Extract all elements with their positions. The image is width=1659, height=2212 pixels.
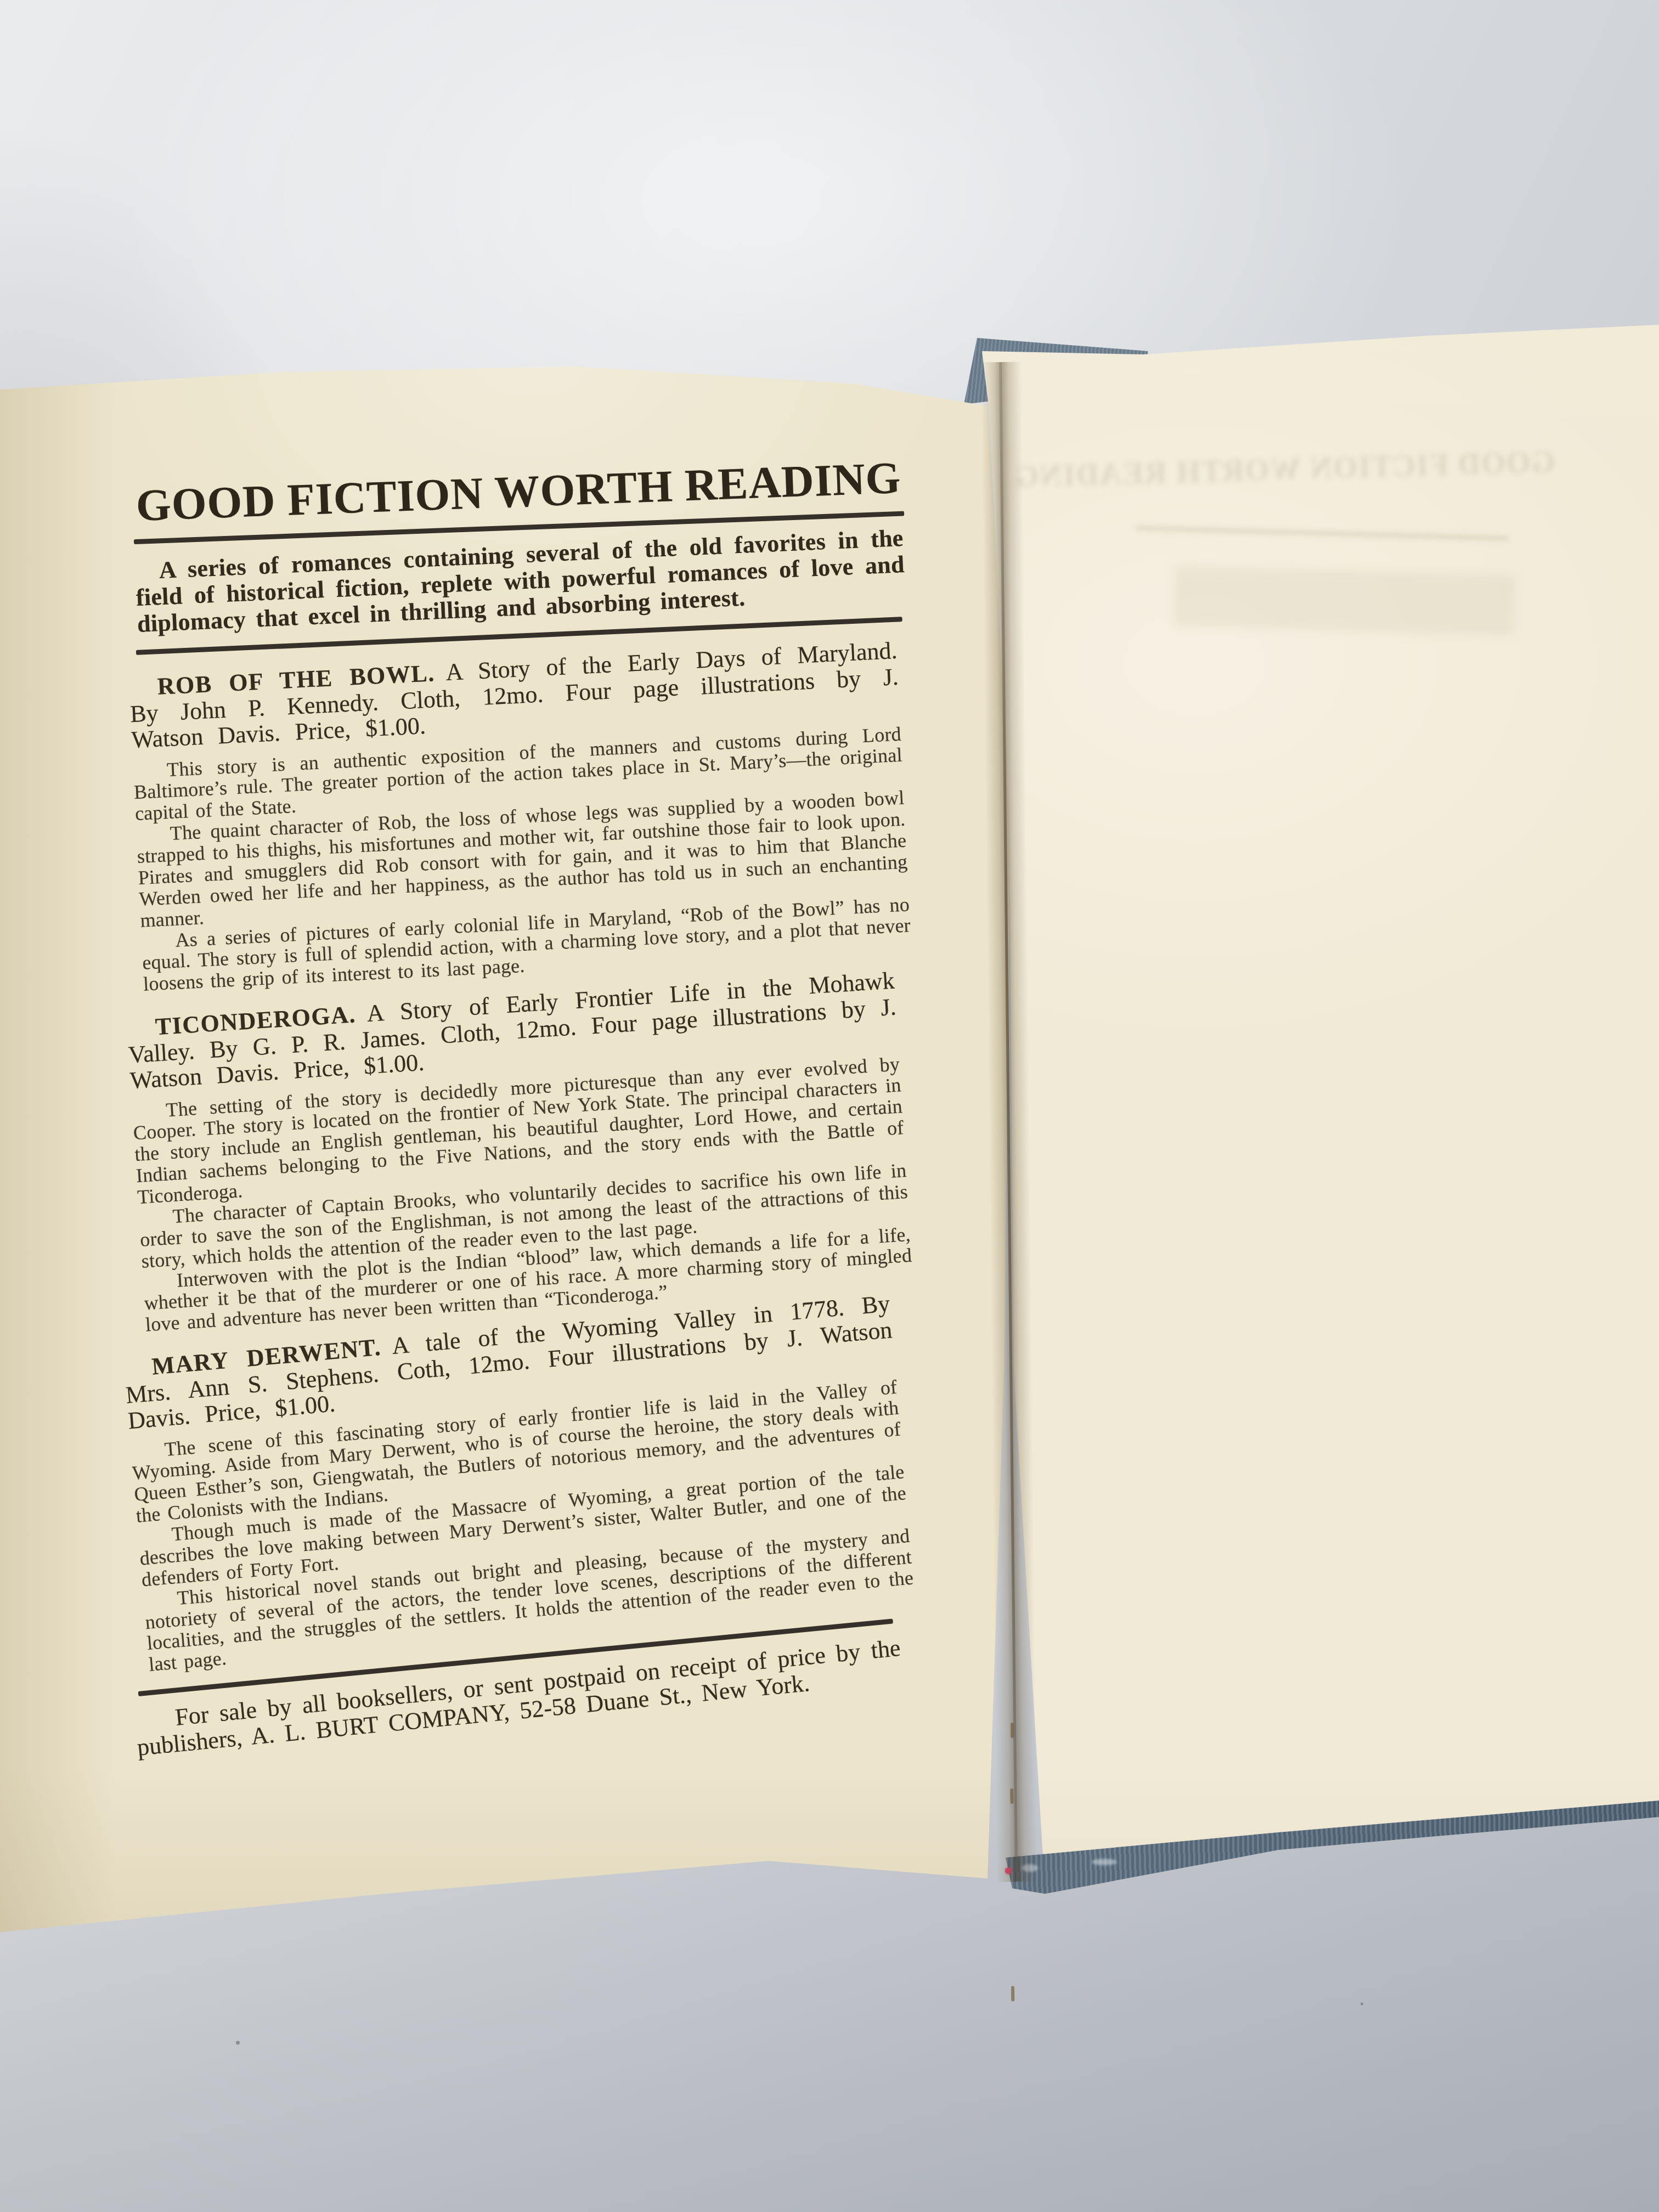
- ghost-showthrough-rule: [1136, 526, 1509, 541]
- dust-speck: [1361, 2002, 1363, 2005]
- advertisement-column: GOOD FICTION WORTH READING A series of r…: [136, 482, 905, 1762]
- photo-scene: GOOD FICTION WORTH READING A series of r…: [0, 0, 1659, 2212]
- dust-speck: [236, 2041, 240, 2045]
- binding-stitch: [1011, 1723, 1014, 1738]
- book-section-rob-of-the-bowl: ROB OF THE BOWL.A Story of the Early Day…: [128, 637, 912, 995]
- binding-stitch: [1010, 1788, 1013, 1804]
- book-section-mary-derwent: MARY DERWENT.A tale of the Wyoming Valle…: [122, 1290, 916, 1675]
- intro-paragraph: A series of romances containing several …: [134, 524, 906, 637]
- gutter-crease: [999, 362, 1018, 1882]
- binding-stitch: [1011, 1986, 1014, 2001]
- ghost-showthrough-text: [1173, 566, 1515, 635]
- ghost-showthrough-title: GOOD FICTION WORTH READING: [1088, 444, 1555, 493]
- book-section-ticonderoga: TICONDEROGA.A Story of Early Frontier Li…: [126, 967, 914, 1335]
- cloth-fray: [1092, 1859, 1117, 1865]
